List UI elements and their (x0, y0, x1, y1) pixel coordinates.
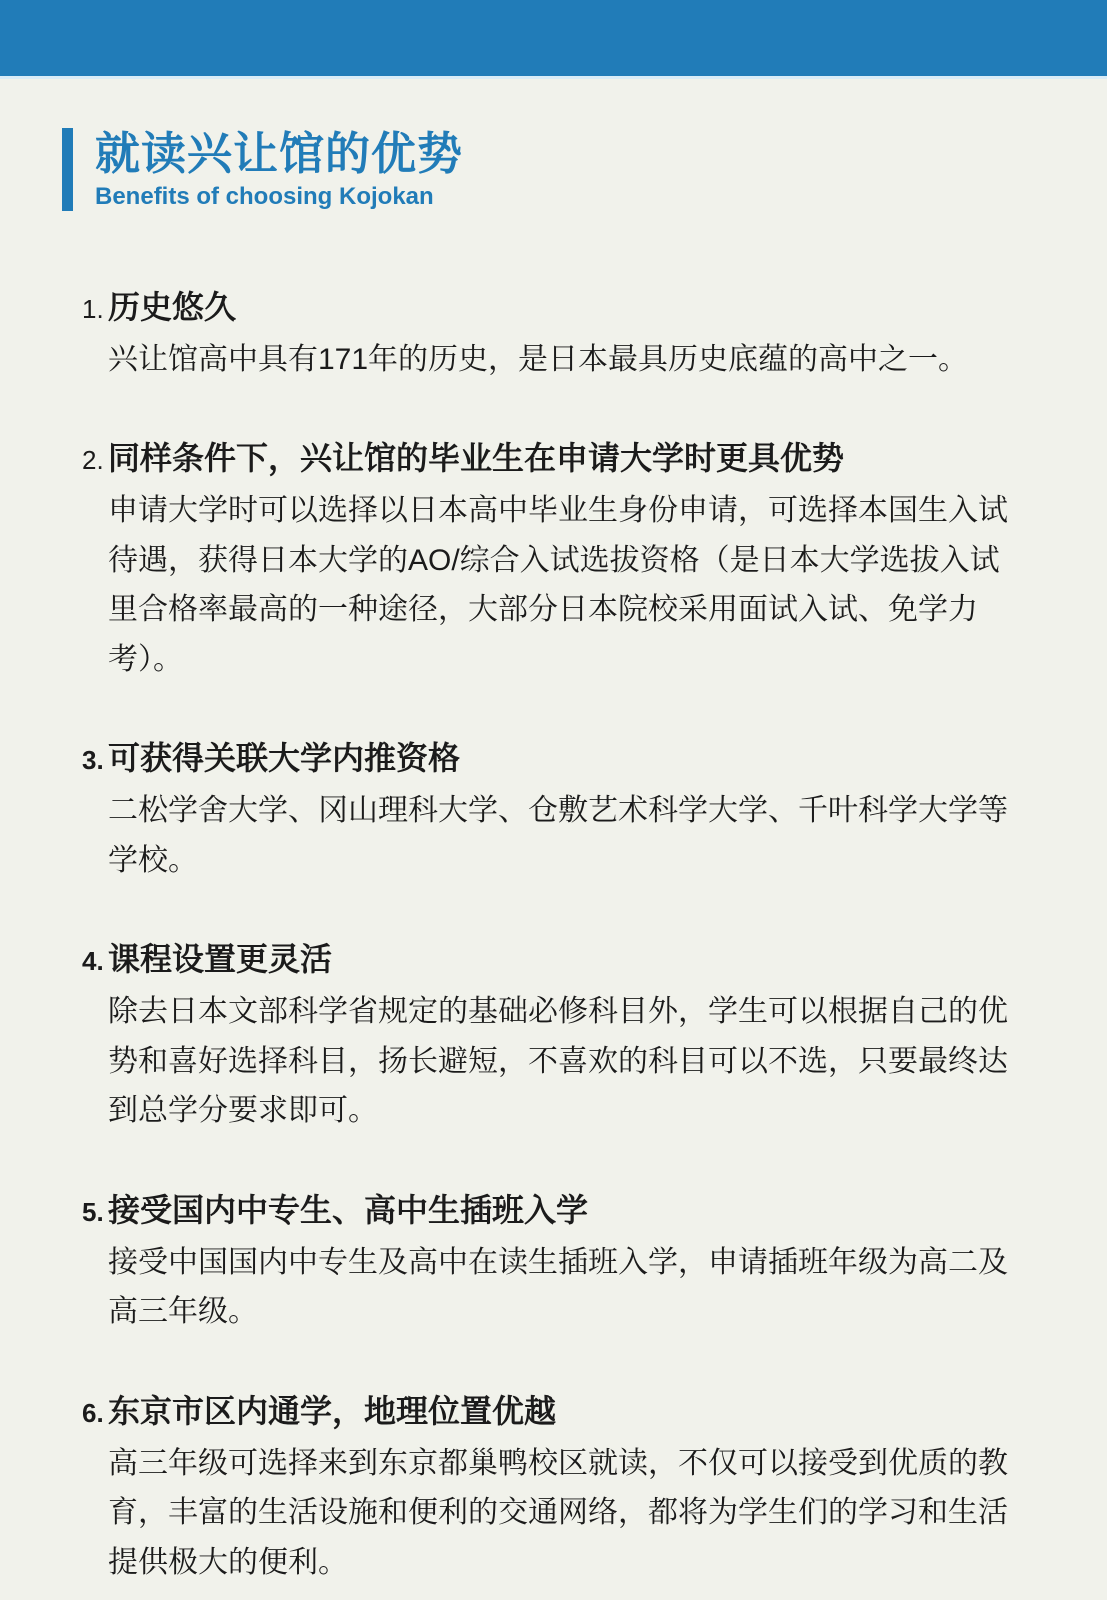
page: 就读兴让馆的优势 Benefits of choosing Kojokan 1.… (0, 0, 1107, 1587)
page-title: 就读兴让馆的优势 (95, 128, 463, 180)
header-bar (0, 0, 1107, 79)
benefit-body: 接受中国国内中专生及高中在读生插班入学，申请插班年级为高二及高三年级。 (108, 1238, 1012, 1337)
benefit-heading: 1. 历史悠久 (82, 285, 1012, 331)
benefit-heading-text: 同样条件下，兴让馆的毕业生在申请大学时更具优势 (108, 436, 844, 480)
title-text-group: 就读兴让馆的优势 Benefits of choosing Kojokan (95, 128, 463, 211)
benefit-heading-text: 课程设置更灵活 (108, 937, 332, 981)
benefit-item: 6. 东京市区内通学，地理位置优越 高三年级可选择来到东京都巢鸭校区就读，不仅可… (82, 1389, 1012, 1588)
benefit-item: 5. 接受国内中专生、高中生插班入学 接受中国国内中专生及高中在读生插班入学，申… (82, 1188, 1012, 1337)
benefit-number: 2. (82, 438, 106, 482)
benefit-number: 6. (82, 1391, 106, 1435)
benefit-item: 4. 课程设置更灵活 除去日本文部科学省规定的基础必修科目外，学生可以根据自己的… (82, 937, 1012, 1136)
benefit-heading: 2. 同样条件下，兴让馆的毕业生在申请大学时更具优势 (82, 436, 1012, 482)
page-subtitle: Benefits of choosing Kojokan (95, 183, 463, 211)
benefit-heading: 4. 课程设置更灵活 (82, 937, 1012, 983)
benefit-number: 3. (82, 738, 106, 782)
title-accent-bar (62, 128, 73, 211)
benefit-heading: 5. 接受国内中专生、高中生插班入学 (82, 1188, 1012, 1234)
benefit-heading-text: 历史悠久 (108, 285, 236, 329)
benefit-body: 除去日本文部科学省规定的基础必修科目外，学生可以根据自己的优势和喜好选择科目，扬… (108, 987, 1012, 1136)
benefit-item: 3. 可获得关联大学内推资格 二松学舍大学、冈山理科大学、仓敷艺术科学大学、千叶… (82, 736, 1012, 885)
benefit-body: 高三年级可选择来到东京都巢鸭校区就读，不仅可以接受到优质的教育，丰富的生活设施和… (108, 1439, 1012, 1588)
benefit-item: 1. 历史悠久 兴让馆高中具有171年的历史，是日本最具历史底蕴的高中之一。 (82, 285, 1012, 385)
benefits-list: 1. 历史悠久 兴让馆高中具有171年的历史，是日本最具历史底蕴的高中之一。 2… (0, 211, 1107, 1588)
benefit-heading-text: 东京市区内通学，地理位置优越 (108, 1389, 556, 1433)
benefit-item: 2. 同样条件下，兴让馆的毕业生在申请大学时更具优势 申请大学时可以选择以日本高… (82, 436, 1012, 684)
page-header: 就读兴让馆的优势 Benefits of choosing Kojokan (62, 128, 1107, 211)
benefit-body: 申请大学时可以选择以日本高中毕业生身份申请，可选择本国生入试待遇，获得日本大学的… (108, 486, 1012, 684)
benefit-number: 5. (82, 1190, 106, 1234)
benefit-body: 兴让馆高中具有171年的历史，是日本最具历史底蕴的高中之一。 (108, 335, 1012, 385)
benefit-heading: 6. 东京市区内通学，地理位置优越 (82, 1389, 1012, 1435)
benefit-body: 二松学舍大学、冈山理科大学、仓敷艺术科学大学、千叶科学大学等学校。 (108, 786, 1012, 885)
benefit-heading-text: 接受国内中专生、高中生插班入学 (108, 1188, 588, 1232)
benefit-number: 4. (82, 939, 106, 983)
benefit-number: 1. (82, 287, 106, 331)
benefit-heading-text: 可获得关联大学内推资格 (108, 736, 460, 780)
benefit-heading: 3. 可获得关联大学内推资格 (82, 736, 1012, 782)
